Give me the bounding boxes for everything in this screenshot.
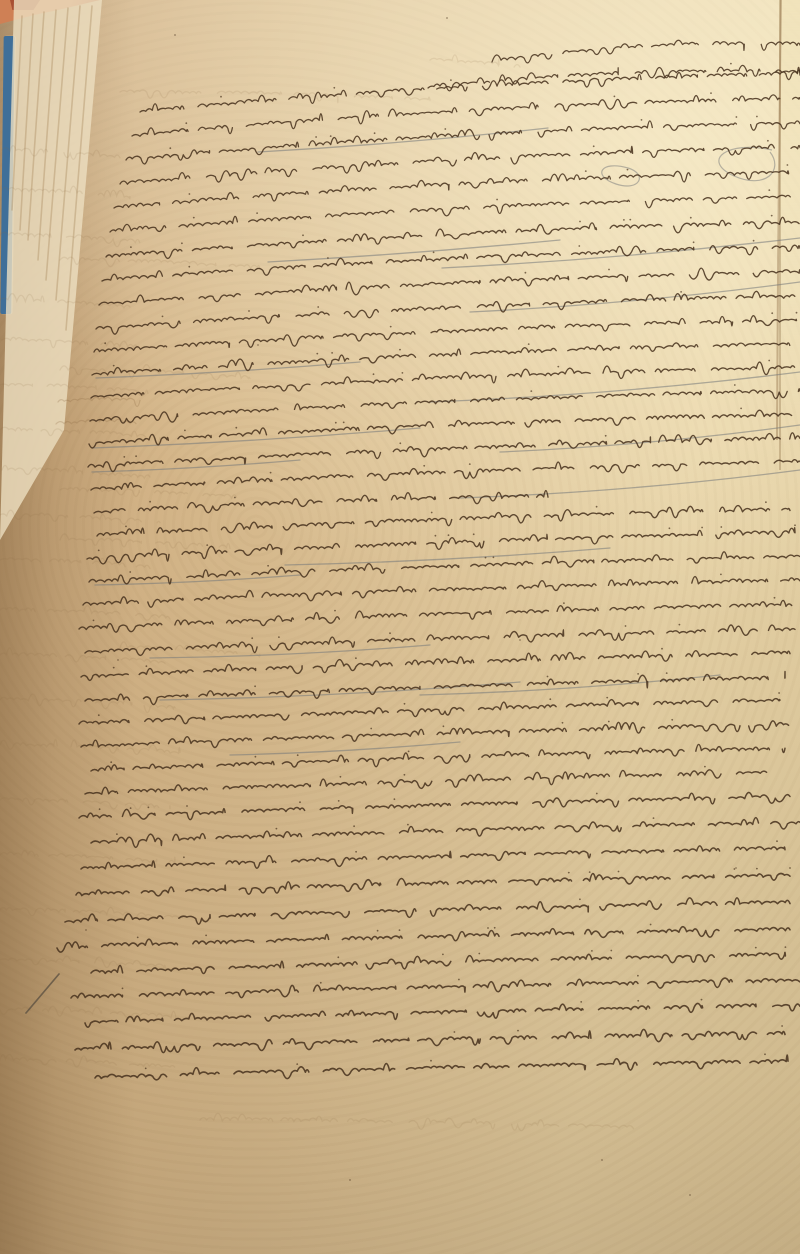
manuscript-photo: Photograph of a page from a bound 19th-c… xyxy=(0,0,800,1254)
handwriting-layer xyxy=(0,0,800,1254)
